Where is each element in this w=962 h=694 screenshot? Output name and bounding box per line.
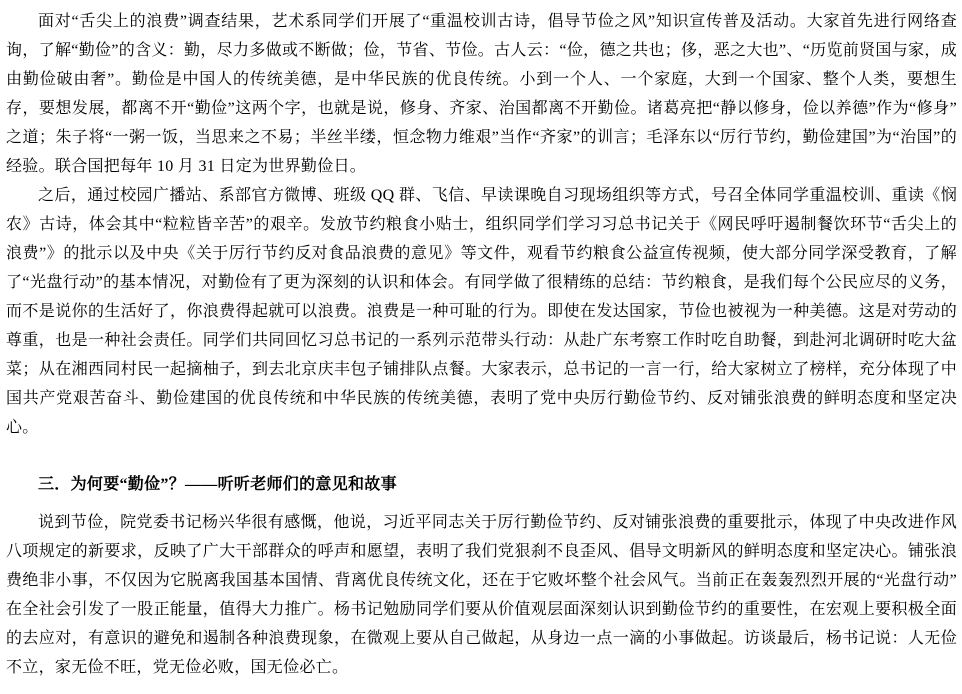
section-heading-why-thrift: 三．为何要“勤俭”？——听听老师们的意见和故事	[6, 470, 957, 499]
paragraph-campaign-activities: 面对“舌尖上的浪费”调查结果，艺术系同学们开展了“重温校训古诗，倡导节俭之风”知…	[6, 7, 957, 181]
paragraph-teacher-interview: 说到节俭，院党委书记杨兴华很有感慨，他说，习近平同志关于厉行勤俭节约、反对铺张浪…	[6, 508, 957, 682]
paragraph-campus-promotion: 之后，通过校园广播站、系部官方微博、班级 QQ 群、飞信、早读课晚自习现场组织等…	[6, 181, 957, 442]
document-page: 面对“舌尖上的浪费”调查结果，艺术系同学们开展了“重温校训古诗，倡导节俭之风”知…	[0, 0, 962, 694]
